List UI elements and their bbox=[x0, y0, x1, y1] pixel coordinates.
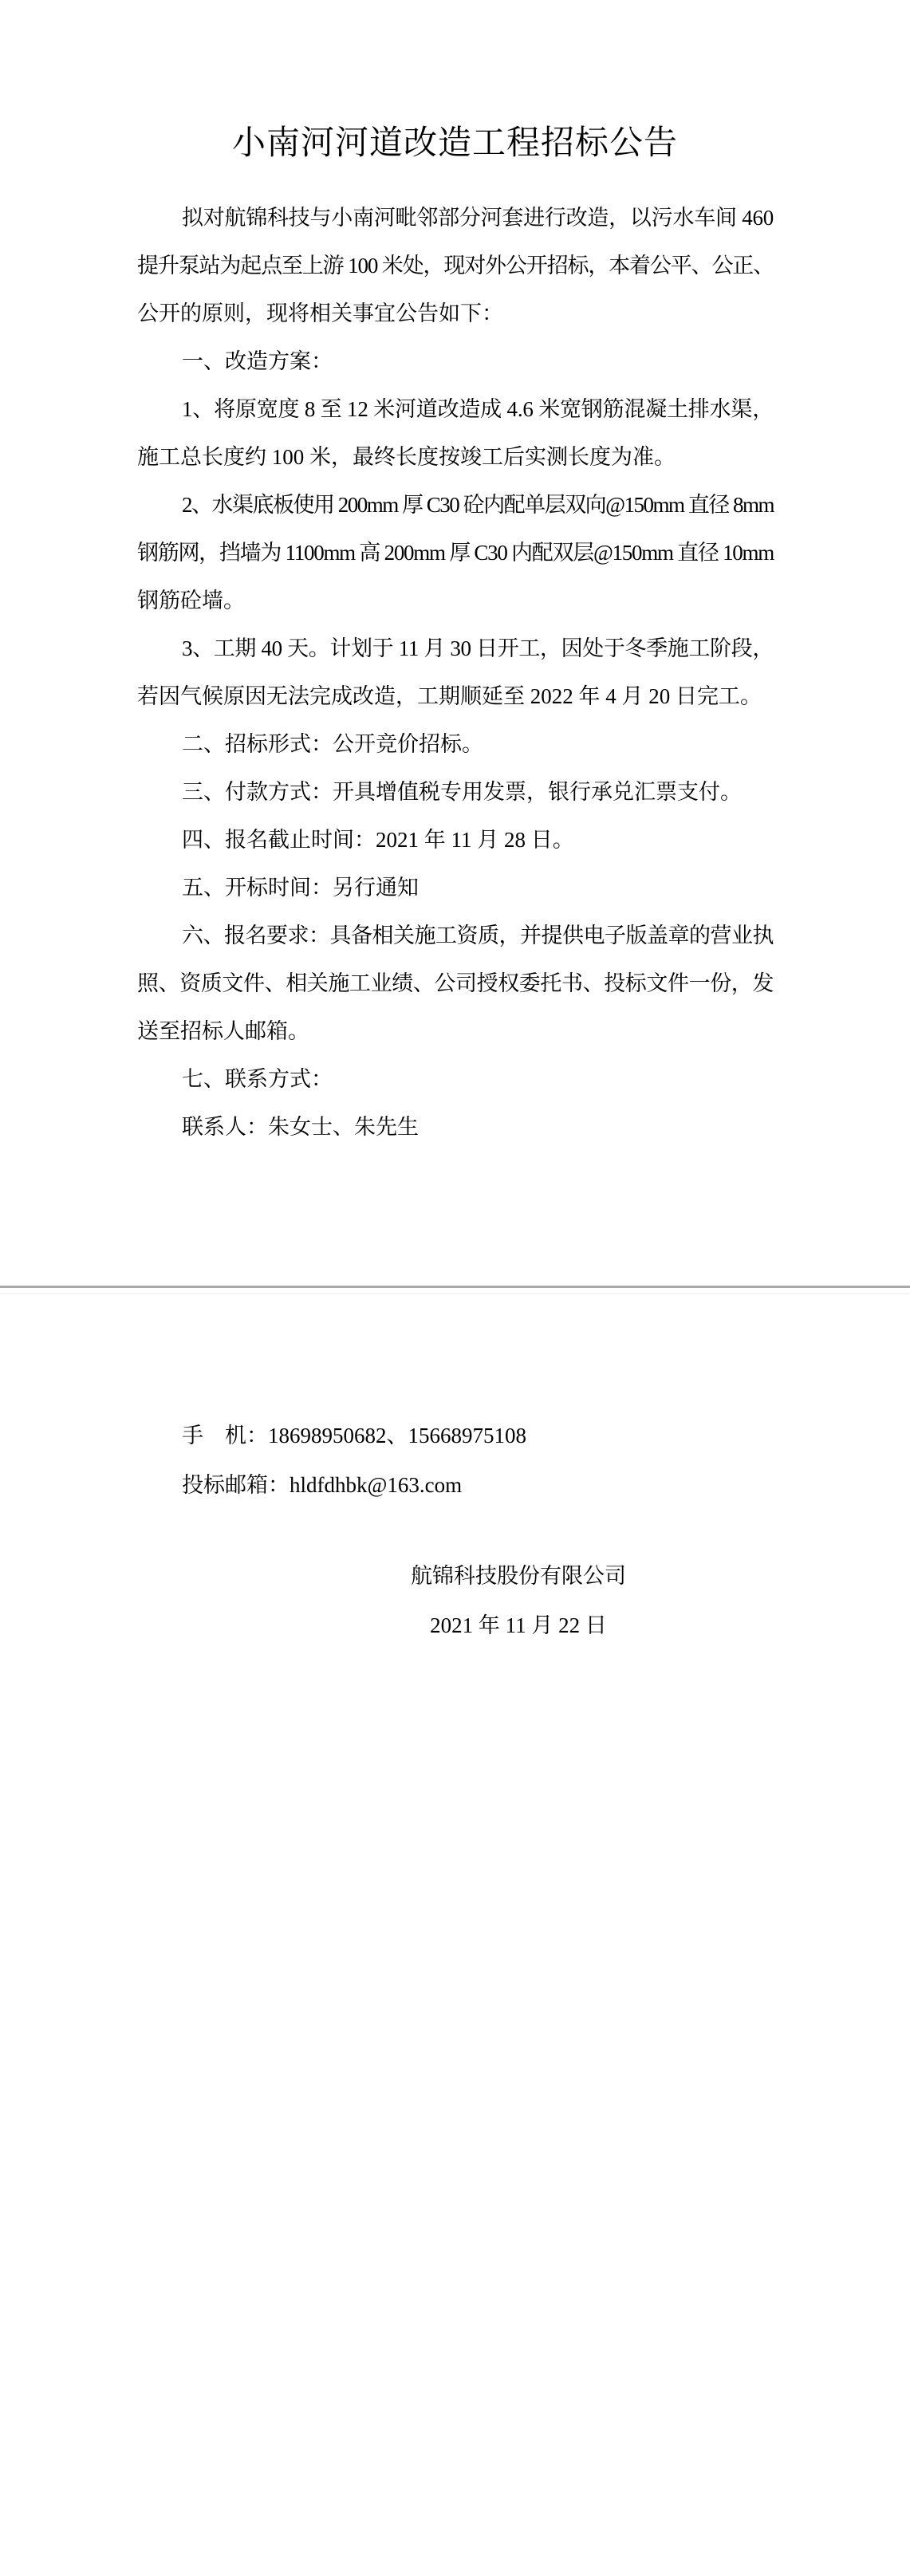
line-text: 七、联系方式： bbox=[182, 1067, 333, 1091]
line-text: 一、改造方案： bbox=[182, 349, 333, 373]
document-line: 六、报名要求：具备相关施工资质，并提供电子版盖章的营业执 bbox=[137, 912, 774, 959]
document-line: 1、将原宽度 8 至 12 米河道改造成 4.6 米宽钢筋混凝土排水渠， bbox=[137, 385, 774, 433]
contact-phone-line: 手 机：18698950682、15668975108 bbox=[137, 1411, 774, 1460]
document-line: 三、付款方式：开具增值税专用发票，银行承兑汇票支付。 bbox=[137, 768, 774, 816]
document-line: 2、水渠底板使用 200mm 厚 C30 砼内配单层双向@150mm 直径 8m… bbox=[137, 481, 774, 529]
document-title: 小南河河道改造工程招标公告 bbox=[0, 120, 910, 167]
line-text: 六、报名要求：具备相关施工资质，并提供电子版盖章的营业执 bbox=[182, 924, 774, 947]
line-text: 3、工期 40 天。计划于 11 月 30 日开工，因处于冬季施工阶段， bbox=[182, 636, 774, 660]
line-text: 若因气候原因无法完成改造，工期顺延至 2022 年 4 月 20 日完工。 bbox=[137, 684, 762, 708]
line-text: 二、招标形式：公开竞价招标。 bbox=[182, 732, 483, 756]
document-line: 拟对航锦科技与小南河毗邻部分河套进行改造，以污水车间 460 bbox=[137, 194, 774, 242]
line-text: 钢筋网，挡墙为 1100mm 高 200mm 厚 C30 内配双层@150mm … bbox=[137, 541, 774, 565]
contact-phone-text: 手 机：18698950682、15668975108 bbox=[182, 1424, 526, 1448]
document-line: 3、工期 40 天。计划于 11 月 30 日开工，因处于冬季施工阶段， bbox=[137, 624, 774, 672]
line-text: 送至招标人邮箱。 bbox=[137, 1019, 309, 1043]
line-text: 五、开标时间：另行通知 bbox=[182, 876, 419, 900]
page-divider bbox=[0, 1286, 910, 1288]
line-text: 提升泵站为起点至上游 100 米处，现对外公开招标，本着公平、公正、 bbox=[137, 254, 774, 278]
document-line: 若因气候原因无法完成改造，工期顺延至 2022 年 4 月 20 日完工。 bbox=[137, 672, 774, 720]
document-line: 五、开标时间：另行通知 bbox=[137, 864, 774, 912]
line-text: 施工总长度约 100 米，最终长度按竣工后实测长度为准。 bbox=[137, 445, 676, 469]
document-line: 钢筋网，挡墙为 1100mm 高 200mm 厚 C30 内配双层@150mm … bbox=[137, 529, 774, 577]
document-line: 钢筋砼墙。 bbox=[137, 577, 774, 624]
document-body: 拟对航锦科技与小南河毗邻部分河套进行改造，以污水车间 460 提升泵站为起点至上… bbox=[137, 194, 774, 1151]
document-page: 小南河河道改造工程招标公告 拟对航锦科技与小南河毗邻部分河套进行改造，以污水车间… bbox=[0, 0, 910, 2576]
line-text: 拟对航锦科技与小南河毗邻部分河套进行改造，以污水车间 460 bbox=[182, 206, 774, 230]
line-text: 1、将原宽度 8 至 12 米河道改造成 4.6 米宽钢筋混凝土排水渠， bbox=[182, 397, 774, 421]
document-line: 送至招标人邮箱。 bbox=[137, 1007, 774, 1055]
line-text: 2、水渠底板使用 200mm 厚 C30 砼内配单层双向@150mm 直径 8m… bbox=[182, 493, 774, 517]
document-line: 一、改造方案： bbox=[137, 337, 774, 385]
line-text: 联系人：朱女士、朱先生 bbox=[182, 1115, 419, 1139]
document-line: 联系人：朱女士、朱先生 bbox=[137, 1103, 774, 1151]
document-line: 公开的原则，现将相关事宜公告如下： bbox=[137, 290, 774, 337]
line-text: 钢筋砼墙。 bbox=[137, 589, 245, 612]
document-line: 施工总长度约 100 米，最终长度按竣工后实测长度为准。 bbox=[137, 433, 774, 481]
page-divider-shadow bbox=[0, 1293, 910, 1294]
document-line: 七、联系方式： bbox=[137, 1055, 774, 1103]
signature-date: 2021 年 11 月 22 日 bbox=[137, 1603, 900, 1648]
document-line: 四、报名截止时间：2021 年 11 月 28 日。 bbox=[137, 816, 774, 864]
line-text: 照、资质文件、相关施工业绩、公司授权委托书、投标文件一份，发 bbox=[137, 971, 774, 995]
line-text: 四、报名截止时间：2021 年 11 月 28 日。 bbox=[182, 828, 574, 852]
signature-company: 航锦科技股份有限公司 bbox=[137, 1554, 900, 1598]
document-line: 二、招标形式：公开竞价招标。 bbox=[137, 720, 774, 768]
contact-block: 手 机：18698950682、15668975108 投标邮箱：hldfdhb… bbox=[137, 1411, 774, 1510]
document-line: 照、资质文件、相关施工业绩、公司授权委托书、投标文件一份，发 bbox=[137, 959, 774, 1007]
contact-email-line: 投标邮箱：hldfdhbk@163.com bbox=[137, 1460, 774, 1510]
line-text: 公开的原则，现将相关事宜公告如下： bbox=[137, 301, 503, 325]
line-text: 三、付款方式：开具增值税专用发票，银行承兑汇票支付。 bbox=[182, 780, 742, 804]
document-line: 提升泵站为起点至上游 100 米处，现对外公开招标，本着公平、公正、 bbox=[137, 242, 774, 290]
contact-email-text: 投标邮箱：hldfdhbk@163.com bbox=[182, 1473, 462, 1497]
